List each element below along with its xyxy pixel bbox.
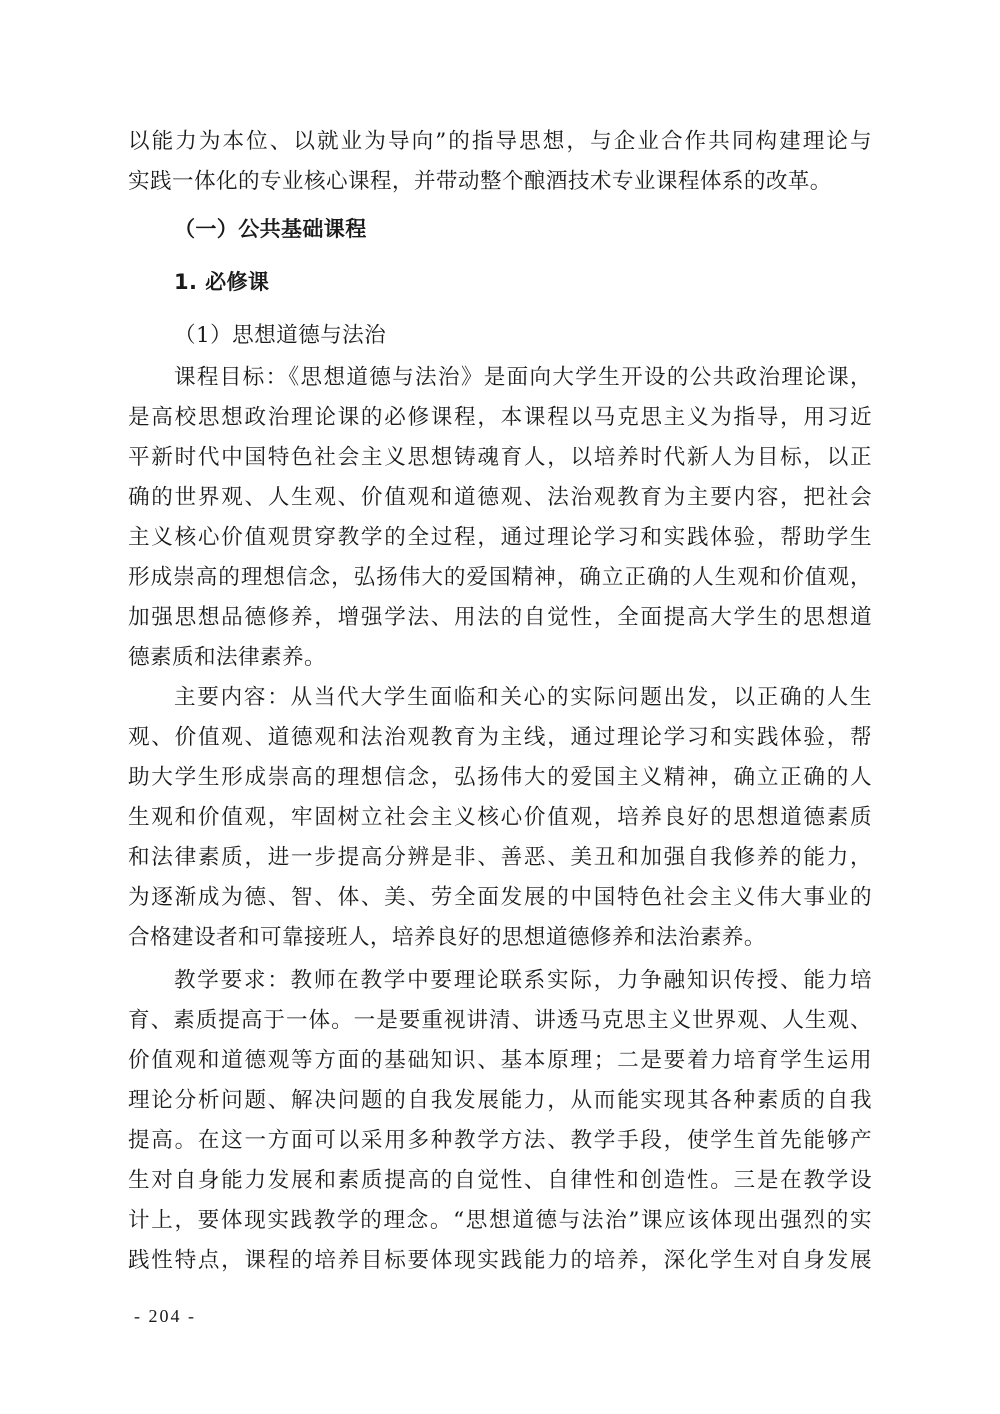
course-title: （1）思想道德与法治 [174,316,872,356]
subsection-heading: 1. 必修课 [174,262,872,302]
requirements-line: 价值观和道德观等方面的基础知识、基本原理；二是要着力培育学生运用 [128,1041,872,1081]
content-line: 合格建设者和可靠接班人，培养良好的思想道德修养和法治素养。 [128,918,872,958]
objective-line: 主义核心价值观贯穿教学的全过程，通过理论学习和实践体验，帮助学生 [128,518,872,558]
page-number: - 204 - [134,1306,196,1327]
objective-line: 形成崇高的理想信念，弘扬伟大的爱国精神，确立正确的人生观和价值观， [128,558,872,598]
requirements-line: 提高。在这一方面可以采用多种教学方法、教学手段，使学生首先能够产 [128,1121,872,1161]
intro-line: 实践一体化的专业核心课程，并带动整个酿酒技术专业课程体系的改革。 [128,162,872,202]
content-line: 和法律素质，进一步提高分辨是非、善恶、美丑和加强自我修养的能力， [128,838,872,878]
document-page: 以能力为本位、以就业为导向”的指导思想，与企业合作共同构建理论与 实践一体化的专… [0,0,1000,1414]
section-heading: （一）公共基础课程 [174,209,872,249]
requirements-line: 计上，要体现实践教学的理念。“思想道德与法治”课应该体现出强烈的实 [128,1201,872,1241]
objective-line: 是高校思想政治理论课的必修课程，本课程以马克思主义为指导，用习近 [128,398,872,438]
intro-line: 以能力为本位、以就业为导向”的指导思想，与企业合作共同构建理论与 [128,122,872,162]
content-line: 为逐渐成为德、智、体、美、劳全面发展的中国特色社会主义伟大事业的 [128,878,872,918]
objective-line: 确的世界观、人生观、价值观和道德观、法治观教育为主要内容，把社会 [128,478,872,518]
requirements-line: 理论分析问题、解决问题的自我发展能力，从而能实现其各种素质的自我 [128,1081,872,1121]
requirements-line: 践性特点，课程的培养目标要体现实践能力的培养，深化学生对自身发展 [128,1241,872,1281]
content-line: 主要内容：从当代大学生面临和关心的实际问题出发，以正确的人生 [174,678,872,718]
objective-line: 德素质和法律素养。 [128,638,872,678]
content-line: 助大学生形成崇高的理想信念，弘扬伟大的爱国主义精神，确立正确的人 [128,758,872,798]
requirements-line: 教学要求：教师在教学中要理论联系实际，力争融知识传授、能力培 [174,961,872,1001]
requirements-line: 育、素质提高于一体。一是要重视讲清、讲透马克思主义世界观、人生观、 [128,1001,872,1041]
content-line: 生观和价值观，牢固树立社会主义核心价值观，培养良好的思想道德素质 [128,798,872,838]
objective-line: 课程目标：《思想道德与法治》是面向大学生开设的公共政治理论课， [174,358,872,398]
objective-line: 平新时代中国特色社会主义思想铸魂育人，以培养时代新人为目标，以正 [128,438,872,478]
requirements-line: 生对自身能力发展和素质提高的自觉性、自律性和创造性。三是在教学设 [128,1161,872,1201]
objective-line: 加强思想品德修养，增强学法、用法的自觉性，全面提高大学生的思想道 [128,598,872,638]
content-line: 观、价值观、道德观和法治观教育为主线，通过理论学习和实践体验，帮 [128,718,872,758]
